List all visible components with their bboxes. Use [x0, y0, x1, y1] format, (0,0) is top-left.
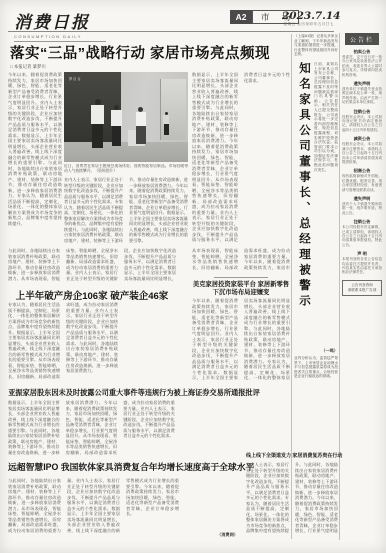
photo-person-2 — [111, 105, 122, 146]
bankruptcy-text: 专家认为，随着居民生活品质不断提高，定制化、场景化、一体化的整体家居解决方案将成… — [8, 302, 176, 382]
masthead-rule — [8, 31, 334, 32]
notice-body: 经股东会决议，本公司拟减少注册资本，请债权人自公告之日起四十五日内向本公司申请清… — [342, 142, 382, 164]
vertical-headline: 知名家具公司董事长、总经理被警示 — [294, 62, 312, 346]
right-bottom-headline: 线上线下全渠道发力 家居消费复苏贵在行动 — [246, 452, 338, 459]
main-text-under-photo: 业内人士表示，家居行业正处于转型升级的关键阶段，企业应加快数字化改造步伐，不断提… — [64, 177, 188, 243]
notice-body: 本报刊登的各类公告信息均由委托方提供并负责，内容真实性由委托方承担相应法律责任。 — [342, 257, 382, 275]
notice-item: 招商公告 现有临街商铺对外招租，位置优越，配套完善，适合家居建材经营，有意者请与… — [342, 168, 382, 192]
photo-person-1 — [91, 99, 104, 148]
sofa-headline: 远超智慧IPO 我国软体家具消费复合年均增长速度高于全球水平 — [8, 460, 248, 473]
news-photo: 梦百合 — [64, 72, 188, 162]
notice-footer-line2: 请联系本报广告部 — [345, 288, 379, 293]
meike-text: 今年以来，随着促消费政策持续发力，家居市场加快回暖，绿色、智能、适老化等新型产品… — [192, 298, 290, 382]
vertical-article: 知名家具公司董事长、总经理被警示 日前，某知名上市家具公司发布公告称，公司董事长… — [294, 62, 338, 346]
notice-body: 经股东会决议，本公司拟向登记机关申请注销登记，请债权人自公告之日起四十五日内申报… — [342, 115, 382, 133]
mid-right-continuation: 从市场表现看，智能床垫、智能晾晒、全屋净水等品类销售快速增长，旧房翻新、局部改造… — [192, 248, 290, 272]
notice-item: 注销公告 本公司经股东决定解散，已成立清算组，请债权人自公告之日起四十五日内向清… — [342, 219, 382, 247]
yazhen-text: 数据显示，上半年全国主要家居卖场客流量同比明显增长，头部企业营业收入普遍改善，线… — [8, 400, 290, 456]
meike-headline: 美克家居投资家装平台 家居新零售下沉市场布局迎嬗变 — [192, 281, 290, 296]
strip-top-text: （上接A1版）记者从多家企业了解到，下半年新品发布与渠道拓展将进一步提速，行业整… — [294, 34, 338, 60]
main-headline: 落实“三品”战略行动 家居市场亮点频现 — [10, 42, 270, 63]
notice-item: 减资公告 经股东会决议，本公司拟减少注册资本，请债权人自公告之日起四十五日内向本… — [342, 136, 382, 164]
photo-person-3 — [136, 107, 146, 144]
photo-booth-sign: 梦百合 — [69, 76, 82, 81]
main-text-right: 数据显示，上半年全国主要家居卖场客流量同比明显增长，头部企业营业收入普遍改善，线… — [192, 72, 290, 244]
vertical-article-signature: （一鸣） — [294, 348, 338, 354]
right-bottom-text: 业内人士表示，家居行业正处于转型升级的关键阶段，企业应加快数字化改造步伐，不断提… — [246, 462, 338, 538]
notice-item: 注销公告 经股东会决议，本公司拟向登记机关申请注销登记，请债权人自公告之日起四十… — [342, 109, 382, 133]
date-block: 2023.7.14 星期五 农历癸卯年五月廿七 — [282, 10, 334, 27]
issue-date-note: 星期五 农历癸卯年五月廿七 — [282, 22, 334, 27]
issue-date: 2023.7.14 — [282, 10, 334, 22]
newspaper-title: 消费日报 — [14, 8, 106, 33]
page-number: A2 — [230, 10, 252, 24]
masthead-logo: 消费日报 CONSUMPTION DAILY — [14, 8, 106, 42]
notice-item: 遗失声明 兹有个人不慎遗失购房收据一张，现声明作废。特此公告。 — [342, 196, 382, 215]
main-text-col1: 今年以来，随着促消费政策持续发力，家居市场加快回暖，绿色、智能、适老化等新型产品… — [8, 72, 62, 244]
meike-rule — [214, 277, 268, 278]
notice-board: 公告栏 拍卖公告 受委托，定于近日对一批办公家具及设备依法公开拍卖，欢迎各界人士… — [342, 33, 382, 540]
photo-caption: 近日，消费者在家居主题展会现场体验、选购智能家居新品。市场回暖带动人气持续攀升。… — [64, 164, 188, 175]
sofa-signature: （消费网） — [184, 532, 238, 538]
newspaper-title-en: CONSUMPTION DAILY — [14, 34, 106, 39]
notice-body: 本公司经股东决定解散，已成立清算组，请债权人自公告之日起四十五日内向清算组申报债… — [342, 225, 382, 247]
notice-item: 拍卖公告 受委托，定于近日对一批办公家具及设备依法公开拍卖，欢迎各界人士届时参与… — [342, 49, 382, 77]
photo-floor — [64, 142, 188, 162]
photo-person-4 — [163, 112, 169, 135]
notice-body: 现有临街商铺对外招租，位置优越，配套完善，适合家居建材经营，有意者请与管理处联系… — [342, 174, 382, 192]
main-byline: □ 本报记者 暴梦川 — [10, 64, 46, 70]
yazhen-headline: 亚振家居股东因未及时披露公司重大事件等违规行为被上海证券交易所通报批评 — [8, 388, 260, 398]
notice-body: 兹有个人不慎遗失购房收据一张，现声明作废。特此公告。 — [342, 202, 382, 215]
column-rule-right — [339, 33, 340, 540]
sofa-text: 与此同时，各地陆续出台家装家居消费补贴政策，联动房地产、建材、装修等上下游环节，… — [8, 478, 238, 538]
notice-item: 声 明 本报刊登的各类公告信息均由委托方提供并负责，内容真实性由委托方承担相应法… — [342, 251, 382, 275]
notice-body: 兹有单位不慎遗失营业执照正副本及公章一枚，现声明作废。由此产生的一切后果由本单位… — [342, 87, 382, 105]
newspaper-page: 消费日报 CONSUMPTION DAILY A2 市 场 2023.7.14 … — [0, 0, 386, 553]
main-text-continuation: 与此同时，各地陆续出台家装家居消费补贴政策，联动房地产、建材、装修等上下游环节，… — [8, 248, 176, 284]
bankruptcy-headline: 上半年破产房企106家 破产装企46家 — [8, 288, 176, 302]
notice-body: 受委托，定于近日对一批办公家具及设备依法公开拍卖，欢迎各界人士届时参与竞买。详情… — [342, 55, 382, 77]
vertical-article-text: 日前，某知名上市家具公司发布公告称，公司董事长、总经理因信息披露不及时等问题被监… — [314, 62, 338, 346]
strip-mid-text: 业内分析认为，监管趋严背景下，上市家居企业治理水平与信息披露质量将成为投资者关注… — [294, 356, 338, 446]
notice-item: 遗失声明 兹有单位不慎遗失营业执照正副本及公章一枚，现声明作废。由此产生的一切后… — [342, 81, 382, 105]
notice-board-title: 公告栏 — [345, 33, 379, 45]
notice-footer-box: 公告刊登咨询 请联系本报广告部 — [342, 280, 382, 296]
